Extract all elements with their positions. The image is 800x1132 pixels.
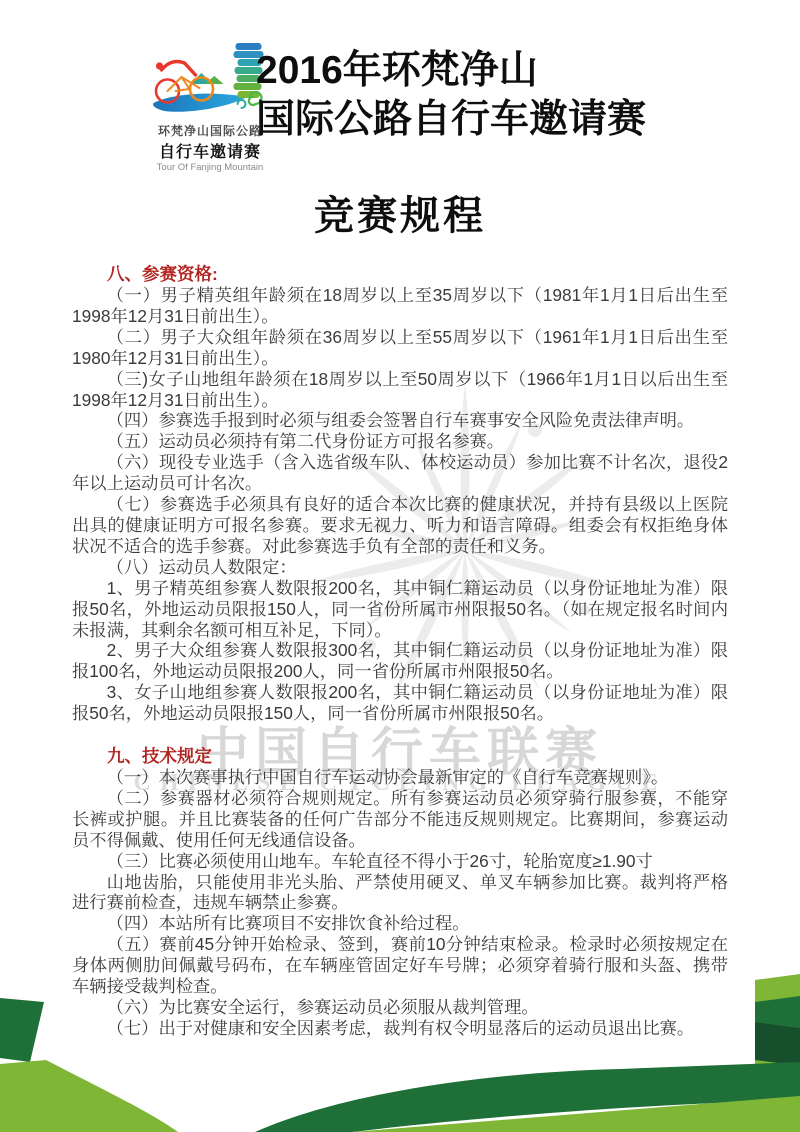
rule-paragraph: （一）男子精英组年龄须在18周岁以上至35周岁以下（1981年1月1日后出生至1… <box>72 285 728 327</box>
deco-left-light-sweep <box>0 1060 178 1132</box>
rule-paragraph: 3、女子山地组参赛人数限报200名，其中铜仁籍运动员（以身份证地址为准）限报50… <box>72 682 728 724</box>
main-title-line1: 2016年环梵净山 <box>256 46 646 95</box>
rule-paragraph: （七）出于对健康和安全因素考虑，裁判有权令明显落后的运动员退出比赛。 <box>72 1018 728 1039</box>
section-entry-qualifications: 八、参赛资格: （一）男子精英组年龄须在18周岁以上至35周岁以下（1981年1… <box>72 264 728 724</box>
rule-paragraph: （四）参赛选手报到时必须与组委会签署自行车赛事安全风险免责法律声明。 <box>72 410 728 431</box>
rule-paragraph: 1、男子精英组参赛人数限报200名，其中铜仁籍运动员（以身份证地址为准）限报50… <box>72 578 728 641</box>
rule-paragraph: （三)女子山地组年龄须在18周岁以上至50周岁以下（1966年1月1日以后出生至… <box>72 369 728 411</box>
deco-left-dark-wedge <box>0 998 44 1062</box>
rule-paragraph: （二）参赛器材必须符合规则规定。所有参赛运动员必须穿骑行服参赛，不能穿长裤或护腿… <box>72 788 728 851</box>
main-title: 2016年环梵净山 国际公路自行车邀请赛 <box>256 46 646 144</box>
rules-content: 八、参赛资格: （一）男子精英组年龄须在18周岁以上至35周岁以下（1981年1… <box>72 264 728 1039</box>
main-title-line2: 国际公路自行车邀请赛 <box>256 95 646 144</box>
rule-paragraph: （五）赛前45分钟开始检录、签到，赛前10分钟结束检录。检录时必须按规定在身体两… <box>72 934 728 997</box>
rule-paragraph: （四）本站所有比赛项目不安排饮食补给过程。 <box>72 913 728 934</box>
rule-paragraph: （八）运动员人数限定： <box>72 557 728 578</box>
page: 中国自行车联赛 CHINESE CYCLING LEAGUE <box>0 0 800 1132</box>
rule-paragraph: （六）现役专业选手（含入选省级车队、体校运动员）参加比赛不计名次，退役2年以上运… <box>72 452 728 494</box>
doc-subtitle: 竞赛规程 <box>0 184 800 241</box>
rule-paragraph: （二）男子大众组年龄须在36周岁以上至55周岁以下（1961年1月1日后出生至1… <box>72 327 728 369</box>
section-technical-rules: 九、技术规定 （一）本次赛事执行中国自行车运动协会最新审定的《自行车竞赛规则》。… <box>72 746 728 1039</box>
rule-paragraph: 2、男子大众组参赛人数限报300名，其中铜仁籍运动员（以身份证地址为准）限报10… <box>72 640 728 682</box>
deco-right-band-deep <box>755 1022 800 1066</box>
rule-paragraph: （三）比赛必须使用山地车。车轮直径不得小于26寸，轮胎宽度≥1.90寸 <box>72 851 728 872</box>
rule-paragraph: （七）参赛选手必须具有良好的适合本次比赛的健康状况，并持有县级以上医院出具的健康… <box>72 494 728 557</box>
rule-paragraph: 山地齿胎，只能使用非光头胎、严禁使用硬叉、单叉车辆参加比赛。裁判将严格进行赛前检… <box>72 872 728 914</box>
rule-paragraph: （一）本次赛事执行中国自行车运动协会最新审定的《自行车竞赛规则》。 <box>72 767 728 788</box>
rule-paragraph: （五）运动员必须持有第二代身份证方可报名参赛。 <box>72 431 728 452</box>
logo-en-line: Tour Of Fanjing Mountain <box>122 162 298 173</box>
rule-paragraph: （六）为比赛安全运行，参赛运动员必须服从裁判管理。 <box>72 997 728 1018</box>
section-heading: 九、技术规定 <box>72 746 728 767</box>
section-heading: 八、参赛资格: <box>72 264 728 285</box>
